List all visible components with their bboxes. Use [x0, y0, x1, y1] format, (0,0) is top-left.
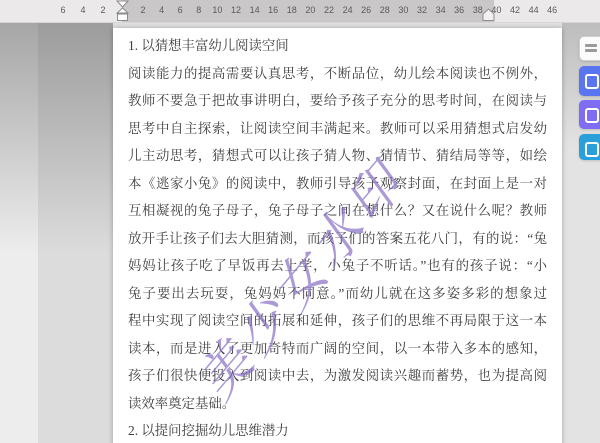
ruler-number: 4	[80, 4, 85, 16]
ruler-number: 34	[436, 4, 446, 16]
text-line[interactable]: 互相凝视的兔子母子，兔子母子之间在想什么？又在说什么呢？教师	[128, 197, 547, 225]
ruler-number: 30	[398, 4, 408, 16]
workspace-background-left-outer	[0, 22, 38, 443]
text-line[interactable]: 本《逃家小兔》的阅读中，教师引导孩子观察封面，在封面上是一对	[128, 170, 547, 198]
ruler-number: 26	[361, 4, 371, 16]
ruler-number: 46	[547, 4, 557, 16]
text-line[interactable]: 孩子们很快便投入到阅读中去，为激发阅读兴趣而蓄势，也为提高阅	[128, 362, 547, 390]
export-button[interactable]	[579, 100, 600, 129]
ruler-number: 44	[529, 4, 539, 16]
ruler-number: 14	[250, 4, 260, 16]
ruler-number: 16	[268, 4, 278, 16]
document-icon	[585, 142, 599, 157]
text-line[interactable]: 妈妈让孩子吃了早饭再去上学，小兔子不听话。”也有的孩子说：“小	[128, 252, 547, 280]
ruler-number: 28	[380, 4, 390, 16]
text-line[interactable]: 放开手让孩子们去大胆猜测，而孩子们的答案五花八门，有的说：“兔	[128, 225, 547, 253]
workspace-background-left-inner	[38, 22, 113, 443]
ruler-number: 42	[510, 4, 520, 16]
text-line[interactable]: 程中实现了阅读空间的拓展和延伸，孩子们的思维不再局限于这一本	[128, 307, 547, 335]
ruler-number: 2	[100, 4, 105, 16]
indent-marker[interactable]	[116, 0, 129, 22]
text-line[interactable]: 阅读能力的提高需要认真思考，不断品位，幼儿绘本阅读也不例外，	[128, 60, 547, 88]
ruler-number: 10	[212, 4, 222, 16]
text-line[interactable]: 兔子要出去玩耍，兔妈妈不同意。”而幼儿就在这多姿多彩的想象过	[128, 280, 547, 308]
ruler-number: 2	[140, 4, 145, 16]
text-line[interactable]: 教师不要急于把故事讲明白，要给予孩子充分的思考时间，在阅读与	[128, 87, 547, 115]
print-button[interactable]	[579, 36, 600, 61]
ruler-number: 36	[454, 4, 464, 16]
text-line[interactable]: 读本，而是进入了更加奇特而广阔的空间，以一本带入多本的感知，	[128, 335, 547, 363]
ruler-number: 6	[178, 4, 183, 16]
ruler-number: 12	[231, 4, 241, 16]
document-text: 1. 以猜想丰富幼儿阅读空间阅读能力的提高需要认真思考，不断品位，幼儿绘本阅读也…	[128, 32, 547, 443]
text-line[interactable]: 读效率奠定基础。	[128, 390, 547, 418]
ruler-number: 24	[343, 4, 353, 16]
right-indent-marker[interactable]	[482, 8, 495, 22]
document-icon	[585, 108, 599, 123]
printer-icon	[585, 44, 597, 47]
ruler-number: 22	[324, 4, 334, 16]
ruler-number: 32	[417, 4, 427, 16]
horizontal-ruler: 6422468101214161820222426283032343638404…	[0, 0, 600, 23]
ruler-number: 4	[159, 4, 164, 16]
text-line[interactable]: 儿主动思考，猜想式可以让孩子猜人物、猜情节、猜结局等等，如绘	[128, 142, 547, 170]
side-buttons	[579, 0, 600, 443]
ruler-number: 8	[196, 4, 201, 16]
ruler-number: 6	[60, 4, 65, 16]
ruler-number: 18	[287, 4, 297, 16]
text-line[interactable]: 2. 以提问挖掘幼儿思维潜力	[128, 417, 547, 443]
document-page: 1. 以猜想丰富幼儿阅读空间阅读能力的提高需要认真思考，不断品位，幼儿绘本阅读也…	[113, 28, 562, 443]
document-icon	[585, 74, 599, 89]
copy-button[interactable]	[579, 66, 600, 96]
download-button[interactable]	[579, 134, 600, 160]
text-line[interactable]: 1. 以猜想丰富幼儿阅读空间	[128, 32, 547, 60]
text-line[interactable]: 思考中自主探索，让阅读空间丰满起来。教师可以采用猜想式启发幼	[128, 115, 547, 143]
ruler-number: 20	[305, 4, 315, 16]
